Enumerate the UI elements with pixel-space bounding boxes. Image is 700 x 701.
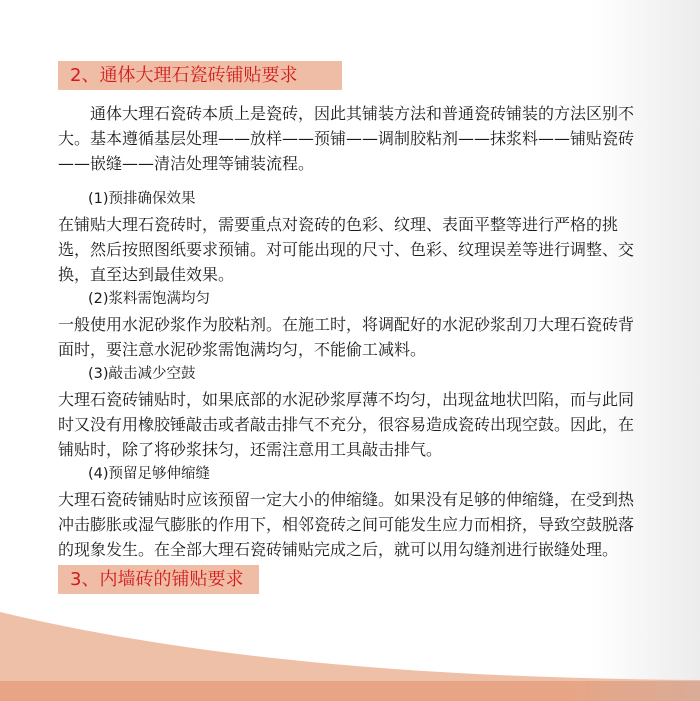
item-body-expansion-joint: 大理石瓷砖铺贴时应该预留一定大小的伸缩缝。如果没有足够的伸缩缝，在受到热冲击膨胀… xyxy=(58,487,643,562)
item-body-mortar: 一般使用水泥砂浆作为胶粘剂。在施工时，将调配好的水泥砂浆刮刀大理石瓷砖背面时，要… xyxy=(58,312,643,362)
decorative-curve-footer xyxy=(0,600,700,701)
item-title-tapping: (3)敲击减少空鼓 xyxy=(58,362,643,387)
requirement-list: (1)预排确保效果 在铺贴大理石瓷砖时，需要重点对瓷砖的色彩、纹理、表面平整等进… xyxy=(58,187,643,562)
item-body-preplace: 在铺贴大理石瓷砖时，需要重点对瓷砖的色彩、纹理、表面平整等进行严格的挑选，然后按… xyxy=(58,212,643,287)
section-intro: 通体大理石瓷砖本质上是瓷砖，因此其铺装方法和普通瓷砖铺装的方法区别不大。基本遵循… xyxy=(58,101,643,176)
item-title-mortar: (2)浆料需饱满均匀 xyxy=(58,287,643,312)
section-header-wall-tile: 3、内墙砖的铺贴要求 xyxy=(58,565,259,594)
section-header-tile-requirements: 2、通体大理石瓷砖铺贴要求 xyxy=(58,61,342,90)
intro-paragraph: 通体大理石瓷砖本质上是瓷砖，因此其铺装方法和普通瓷砖铺装的方法区别不大。基本遵循… xyxy=(58,101,643,176)
item-body-tapping: 大理石瓷砖铺贴时，如果底部的水泥砂浆厚薄不均匀，出现盆地状凹陷，而与此同时又没有… xyxy=(58,387,643,462)
item-title-expansion-joint: (4)预留足够伸缩缝 xyxy=(58,462,643,487)
item-title-preplace: (1)预排确保效果 xyxy=(58,187,643,212)
